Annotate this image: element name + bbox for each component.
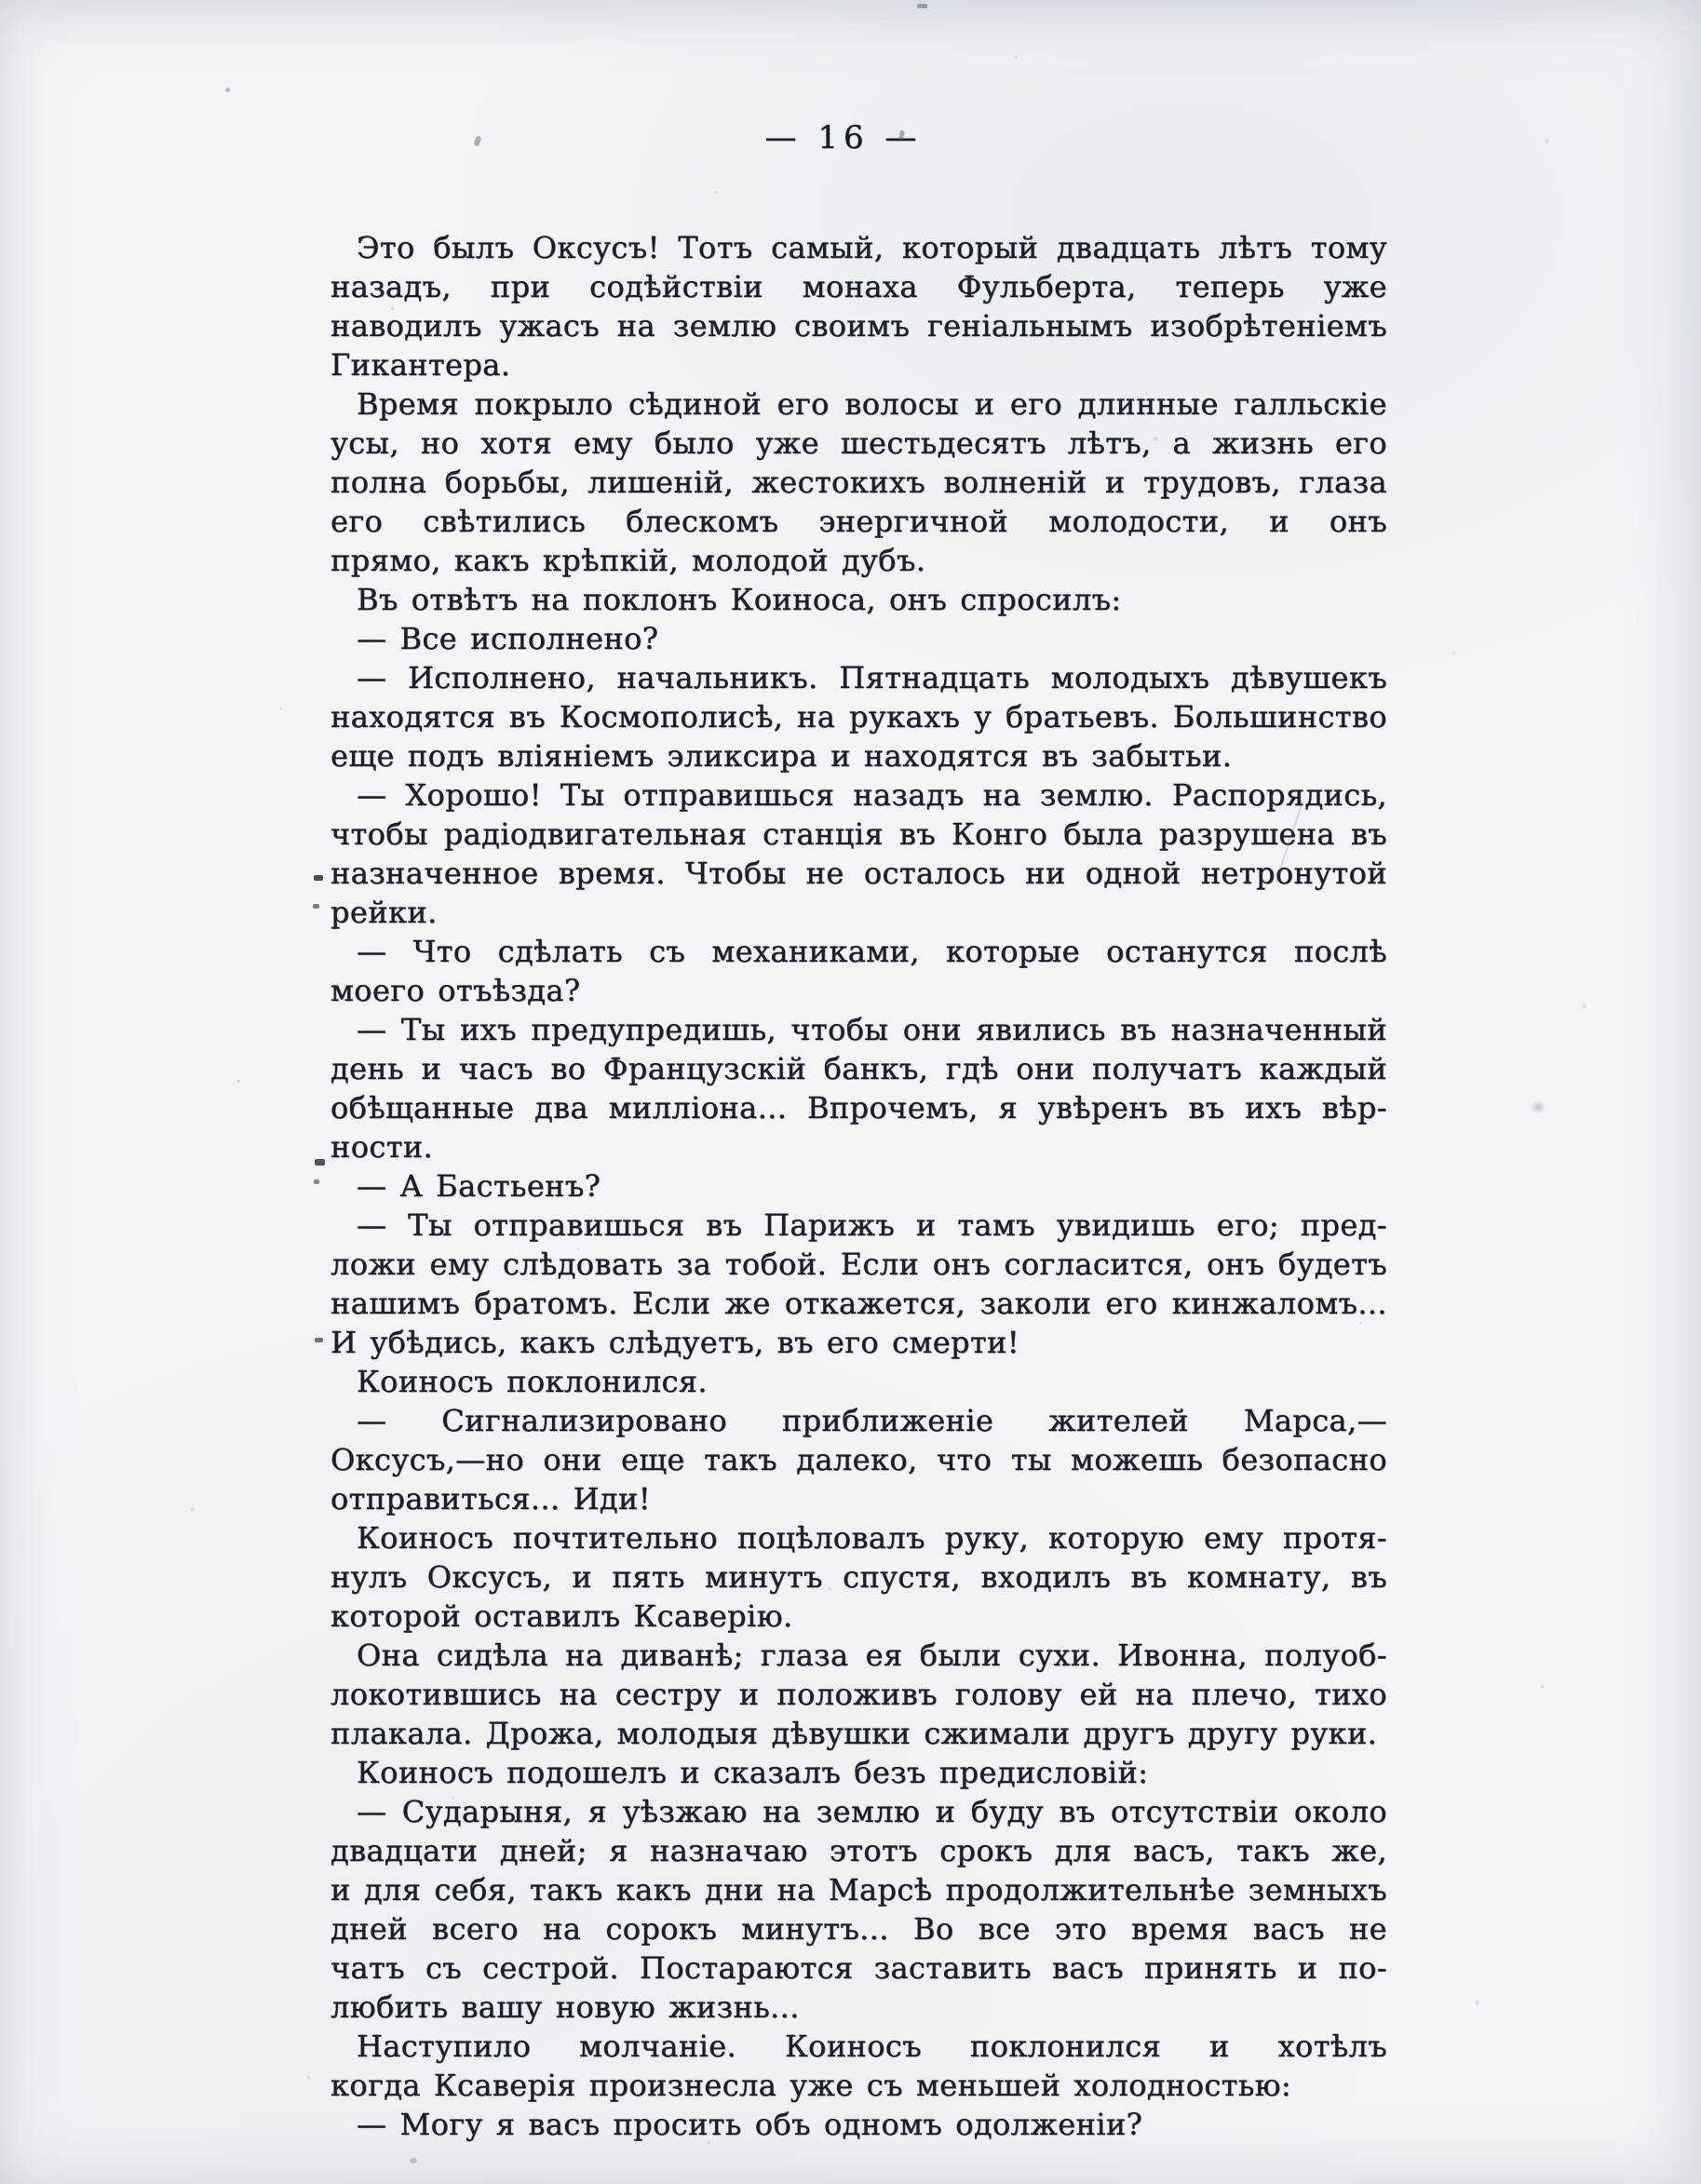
text-line: когда Ксаверія произнесла уже съ меньшей… [331, 2066, 1387, 2105]
text-line: отправиться... Иди! [331, 1479, 1387, 1518]
text-line: любить вашу новую жизнь... [331, 1988, 1387, 2027]
text-line: Наступило молчаніе. Коиносъ поклонился и… [331, 2027, 1387, 2066]
scan-speck [314, 1180, 319, 1184]
text-line: — Сигнализировано приближеніе жителей Ма… [331, 1401, 1387, 1440]
scan-speck [313, 904, 319, 909]
text-line: двадцати дней; я назначаю этотъ срокъ дл… [331, 1831, 1387, 1870]
text-line: Она сидѣла на диванѣ; глаза ея были сухи… [331, 1636, 1387, 1675]
scan-speck [315, 1338, 323, 1342]
scanned-book-page: — 16 — Это былъ Оксусъ! Тотъ самый, кото… [0, 0, 1701, 2184]
text-line: дней всего на сорокъ минутъ... Во все эт… [331, 1909, 1387, 1948]
text-line: Оксусъ,—но они еще такъ далеко, что ты м… [331, 1440, 1387, 1479]
text-line: — Сударыня, я уѣзжаю на землю и буду въ … [331, 1792, 1387, 1831]
text-line: ложи ему слѣдовать за тобой. Если онъ со… [331, 1245, 1387, 1284]
text-line: — Могу я васъ просить объ одномъ одолжен… [331, 2105, 1387, 2144]
text-line: и для себя, такъ какъ дни на Марсѣ продо… [331, 1870, 1387, 1909]
text-line: нулъ Оксусъ, и пять минутъ спустя, входи… [331, 1557, 1387, 1597]
text-line: назначенное время. Чтобы не осталось ни … [331, 854, 1387, 893]
text-line: обѣщанные два милліона... Впрочемъ, я ув… [331, 1088, 1387, 1127]
text-line: локотившись на сестру и положивъ голову … [331, 1675, 1387, 1714]
scan-speck [314, 875, 323, 881]
text-line: чтобы радіодвигательная станція въ Конго… [331, 815, 1387, 854]
text-line: Коиносъ поклонился. [331, 1362, 1387, 1401]
scan-speck [410, 2158, 417, 2164]
text-line: чатъ съ сестрой. Постараются заставить в… [331, 1948, 1387, 1988]
text-line: Коиносъ подошелъ и сказалъ безъ предисло… [331, 1753, 1387, 1792]
text-line: которой оставилъ Ксаверію. [331, 1597, 1387, 1636]
text-line: — Ты отправишься въ Парижъ и тамъ увидиш… [331, 1206, 1387, 1245]
text-line: Коиносъ почтительно поцѣловалъ руку, кот… [331, 1518, 1387, 1557]
text-line: — Ты ихъ предупредишь, чтобы они явились… [331, 1010, 1387, 1049]
text-line: нашимъ братомъ. Если же откажется, закол… [331, 1284, 1387, 1323]
text-line: наводилъ ужасъ на землю своимъ геніальны… [331, 306, 1387, 345]
text-line: полна борьбы, лишеній, жестокихъ волнені… [331, 463, 1387, 502]
text-line: Это былъ Оксусъ! Тотъ самый, который два… [331, 228, 1387, 267]
scan-speck [225, 88, 230, 92]
scan-speck [917, 4, 927, 8]
scan-speck [1530, 1100, 1546, 1113]
text-line: день и часъ во Французскій банкъ, гдѣ он… [331, 1049, 1387, 1088]
text-line: Въ отвѣтъ на поклонъ Коиноса, онъ спроси… [331, 580, 1387, 619]
text-line: — Все исполнено? [331, 619, 1387, 658]
text-line: моего отъѣзда? [331, 971, 1387, 1010]
text-line: плакала. Дрожа, молодыя дѣвушки сжимали … [331, 1714, 1387, 1753]
page-number: — 16 — [331, 117, 1357, 158]
text-line: И убѣдись, какъ слѣдуетъ, въ его смерти! [331, 1323, 1387, 1362]
text-line: назадъ, при содѣйствіи монаха Фульберта,… [331, 267, 1387, 306]
text-column: Это былъ Оксусъ! Тотъ самый, который два… [331, 228, 1387, 2144]
text-line: прямо, какъ крѣпкій, молодой дубъ. [331, 541, 1387, 580]
paper-noise [0, 0, 3, 3]
text-line: находятся въ Космополисѣ, на рукахъ у бр… [331, 697, 1387, 736]
text-line: — Что сдѣлать съ механиками, которые ост… [331, 932, 1387, 971]
scan-speck [315, 1159, 325, 1166]
text-line: усы, но хотя ему было уже шестьдесятъ лѣ… [331, 424, 1387, 463]
text-line: его свѣтились блескомъ энергичной молодо… [331, 502, 1387, 541]
text-line: Гикантера. [331, 345, 1387, 384]
text-line: Время покрыло сѣдиной его волосы и его д… [331, 384, 1387, 424]
text-line: — Хорошо! Ты отправишься назадъ на землю… [331, 775, 1387, 815]
text-line: — Исполнено, начальникъ. Пятнадцать моло… [331, 658, 1387, 697]
text-line: еще подъ вліяніемъ эликсира и находятся … [331, 736, 1387, 775]
text-line: — А Бастьенъ? [331, 1166, 1387, 1206]
text-line: ности. [331, 1127, 1387, 1166]
text-line: рейки. [331, 893, 1387, 932]
